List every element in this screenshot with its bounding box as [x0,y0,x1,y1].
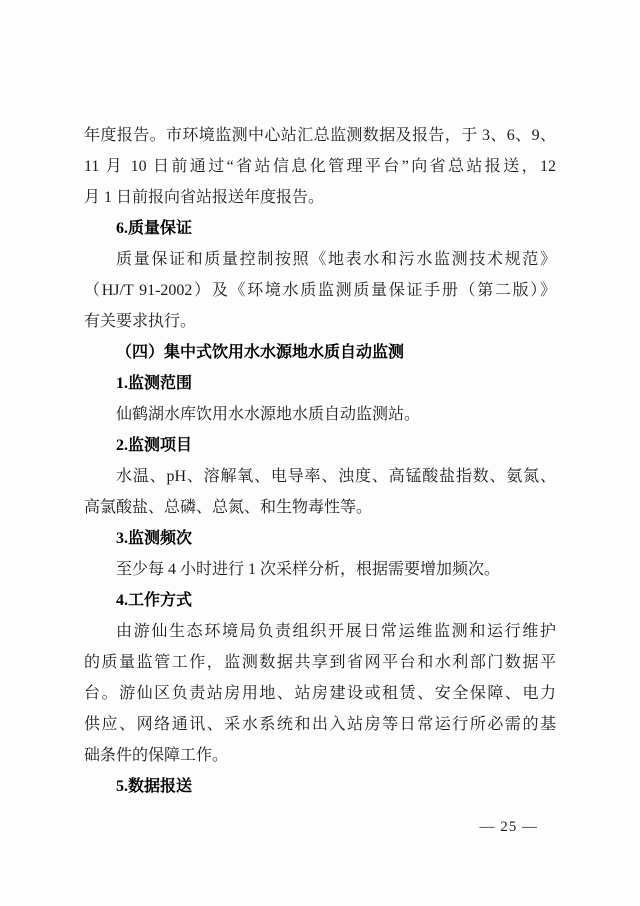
document-page: 年度报告。市环境监测中心站汇总监测数据及报告，于 3、6、9、11 月 10 日… [0,0,640,906]
text-line: 仙鹤湖水库饮用水水源地水质自动监测站。 [84,399,556,430]
text-line: 水温、pH、溶解氧、电导率、浊度、高锰酸盐指数、氨氮、 [84,461,556,492]
heading-line: 1.监测范围 [84,368,556,399]
text-line: 的质量监管工作，监测数据共享到省网平台和水利部门数据平 [84,647,556,678]
text-line: 月 1 日前报向省站报送年度报告。 [84,182,556,213]
page-number: — 25 — [480,817,539,837]
text-line: 台。游仙区负责站房用地、站房建设或租赁、安全保障、电力 [84,678,556,709]
text-line: 11 月 10 日前通过“省站信息化管理平台”向省总站报送，12 [84,151,556,182]
text-line: 础条件的保障工作。 [84,740,556,771]
document-body: 年度报告。市环境监测中心站汇总监测数据及报告，于 3、6、9、11 月 10 日… [84,120,556,802]
text-line: 供应、网络通讯、采水系统和出入站房等日常运行所必需的基 [84,709,556,740]
text-line: 年度报告。市环境监测中心站汇总监测数据及报告，于 3、6、9、 [84,120,556,151]
heading-line: 6.质量保证 [84,213,556,244]
heading-line: 3.监测频次 [84,523,556,554]
text-line: 至少每 4 小时进行 1 次采样分析，根据需要增加频次。 [84,554,556,585]
text-line: 由游仙生态环境局负责组织开展日常运维监测和运行维护 [84,616,556,647]
text-line: （HJ/T 91-2002）及《环境水质监测质量保证手册（第二版）》 [84,275,556,306]
heading-line: （四）集中式饮用水水源地水质自动监测 [84,337,556,368]
text-line: 高氯酸盐、总磷、总氮、和生物毒性等。 [84,492,556,523]
heading-line: 4.工作方式 [84,585,556,616]
heading-line: 5.数据报送 [84,771,556,802]
heading-line: 2.监测项目 [84,430,556,461]
text-line: 质量保证和质量控制按照《地表水和污水监测技术规范》 [84,244,556,275]
text-line: 有关要求执行。 [84,306,556,337]
